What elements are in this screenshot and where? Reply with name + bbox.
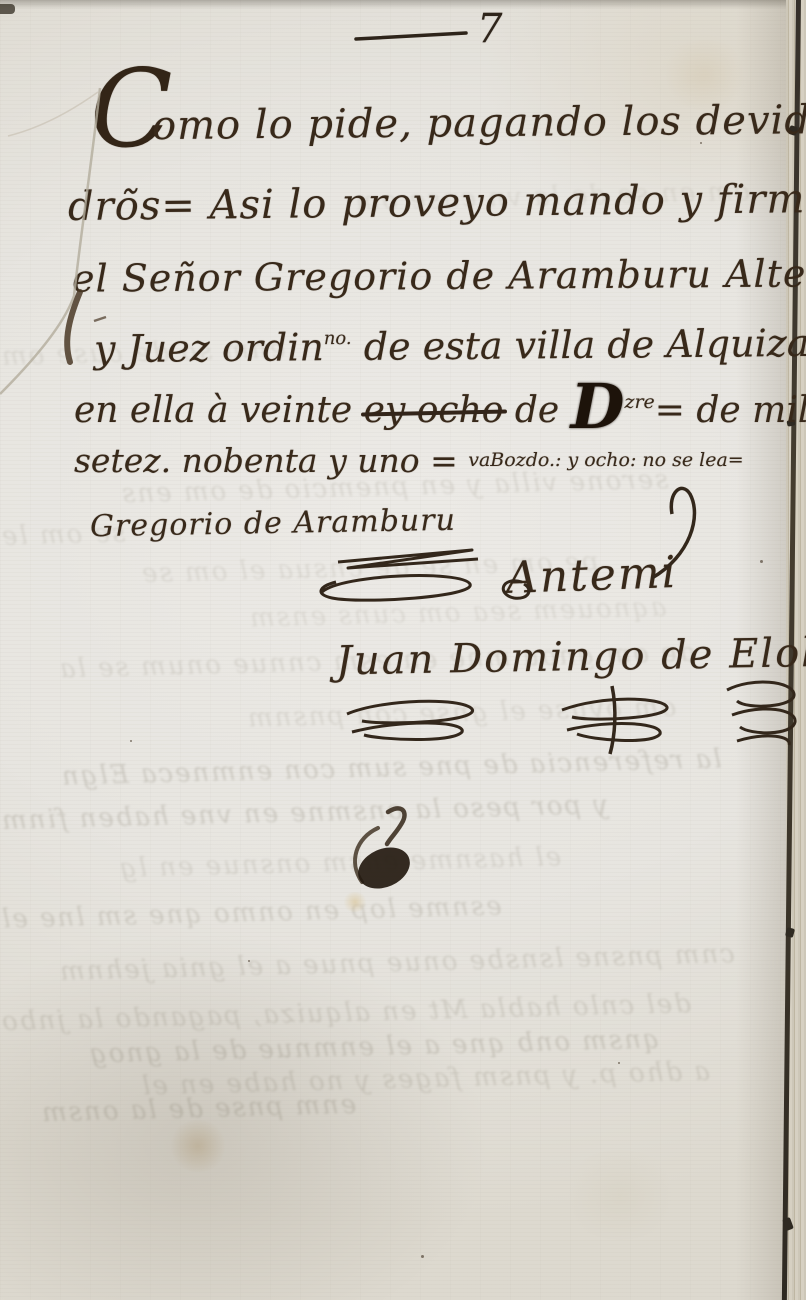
ante-mi-attestation: Antemi [505, 547, 678, 604]
text-line-4-end: de esta villa de Alquiza, [351, 321, 806, 369]
scan-top-shadow [0, 0, 806, 9]
month-initial-blot: D [571, 370, 625, 443]
scan-corner-mark [0, 4, 15, 14]
text-line-5-start: en ella à veinte [74, 390, 364, 431]
month-superscript: zre [624, 391, 654, 413]
bleedthrough-text: cnm pnsne lsnsbe onue pnue a el gnia jeh… [58, 939, 735, 987]
bleedthrough-text: y por peso la onsmne en vne haben finm [0, 790, 609, 836]
folio-underline [356, 33, 466, 39]
bleedthrough-text: el hasnme ensm onsnue en lg [118, 842, 562, 884]
ink-speck [760, 560, 763, 563]
text-line-5-end: = de mil [655, 390, 806, 431]
text-line-6: setez. nobenta y uno = vaBozdo.: y ocho:… [74, 441, 744, 480]
ink-speck [618, 1062, 620, 1064]
paper-crease [8, 92, 98, 136]
ink-speck [130, 740, 132, 742]
text-line-2: drõs= Asi lo proveyo mando y firmo [68, 176, 806, 230]
folio-number: 7 [477, 6, 502, 52]
ink-speck [421, 1255, 424, 1258]
text-line-4: y Juez ordinno. de esta villa de Alquiza… [94, 321, 806, 371]
marginal-validation-note: vaBozdo.: y ocho: no se lea= [468, 449, 744, 471]
text-line-6-main: setez. nobenta y uno = [74, 441, 468, 480]
bleedthrough-text: om ovuse el gnse con pnsnm [246, 692, 677, 733]
bleedthrough-text: esnme lop en onmo qne sm lne el [0, 891, 502, 934]
text-line-3: el Señor Gregorio de Aramburu Alte. [72, 251, 806, 300]
text-line-1: omo lo pide, pagando los devidos [152, 97, 806, 149]
struck-out-words: ey ocho [364, 390, 504, 431]
text-line-4-start: y Juez ordin [94, 325, 324, 371]
signature-juan-domingo-de-elola: Juan Domingo de Elola [336, 630, 806, 685]
ink-speck [248, 960, 250, 962]
bleedthrough-text: la referencia de pne sum con enmneса Elg… [60, 744, 722, 791]
text-line-4-superscript: no. [324, 328, 352, 349]
paper-stain [560, 1150, 680, 1240]
margin-pen-stroke [94, 317, 106, 321]
signature-gregorio-de-aramburu: Gregorio de Aramburu [90, 503, 456, 544]
paper-stain [168, 1120, 228, 1172]
bleedthrough-text: enm pnse de la onsm [40, 1090, 357, 1128]
text-line-5-mid: de [503, 390, 570, 431]
manuscript-page: om en se de la vn cnse om enm so de cuse… [0, 0, 806, 1300]
text-line-5: en ella à veinte ey ocho de Dzre= de mil [74, 390, 806, 431]
